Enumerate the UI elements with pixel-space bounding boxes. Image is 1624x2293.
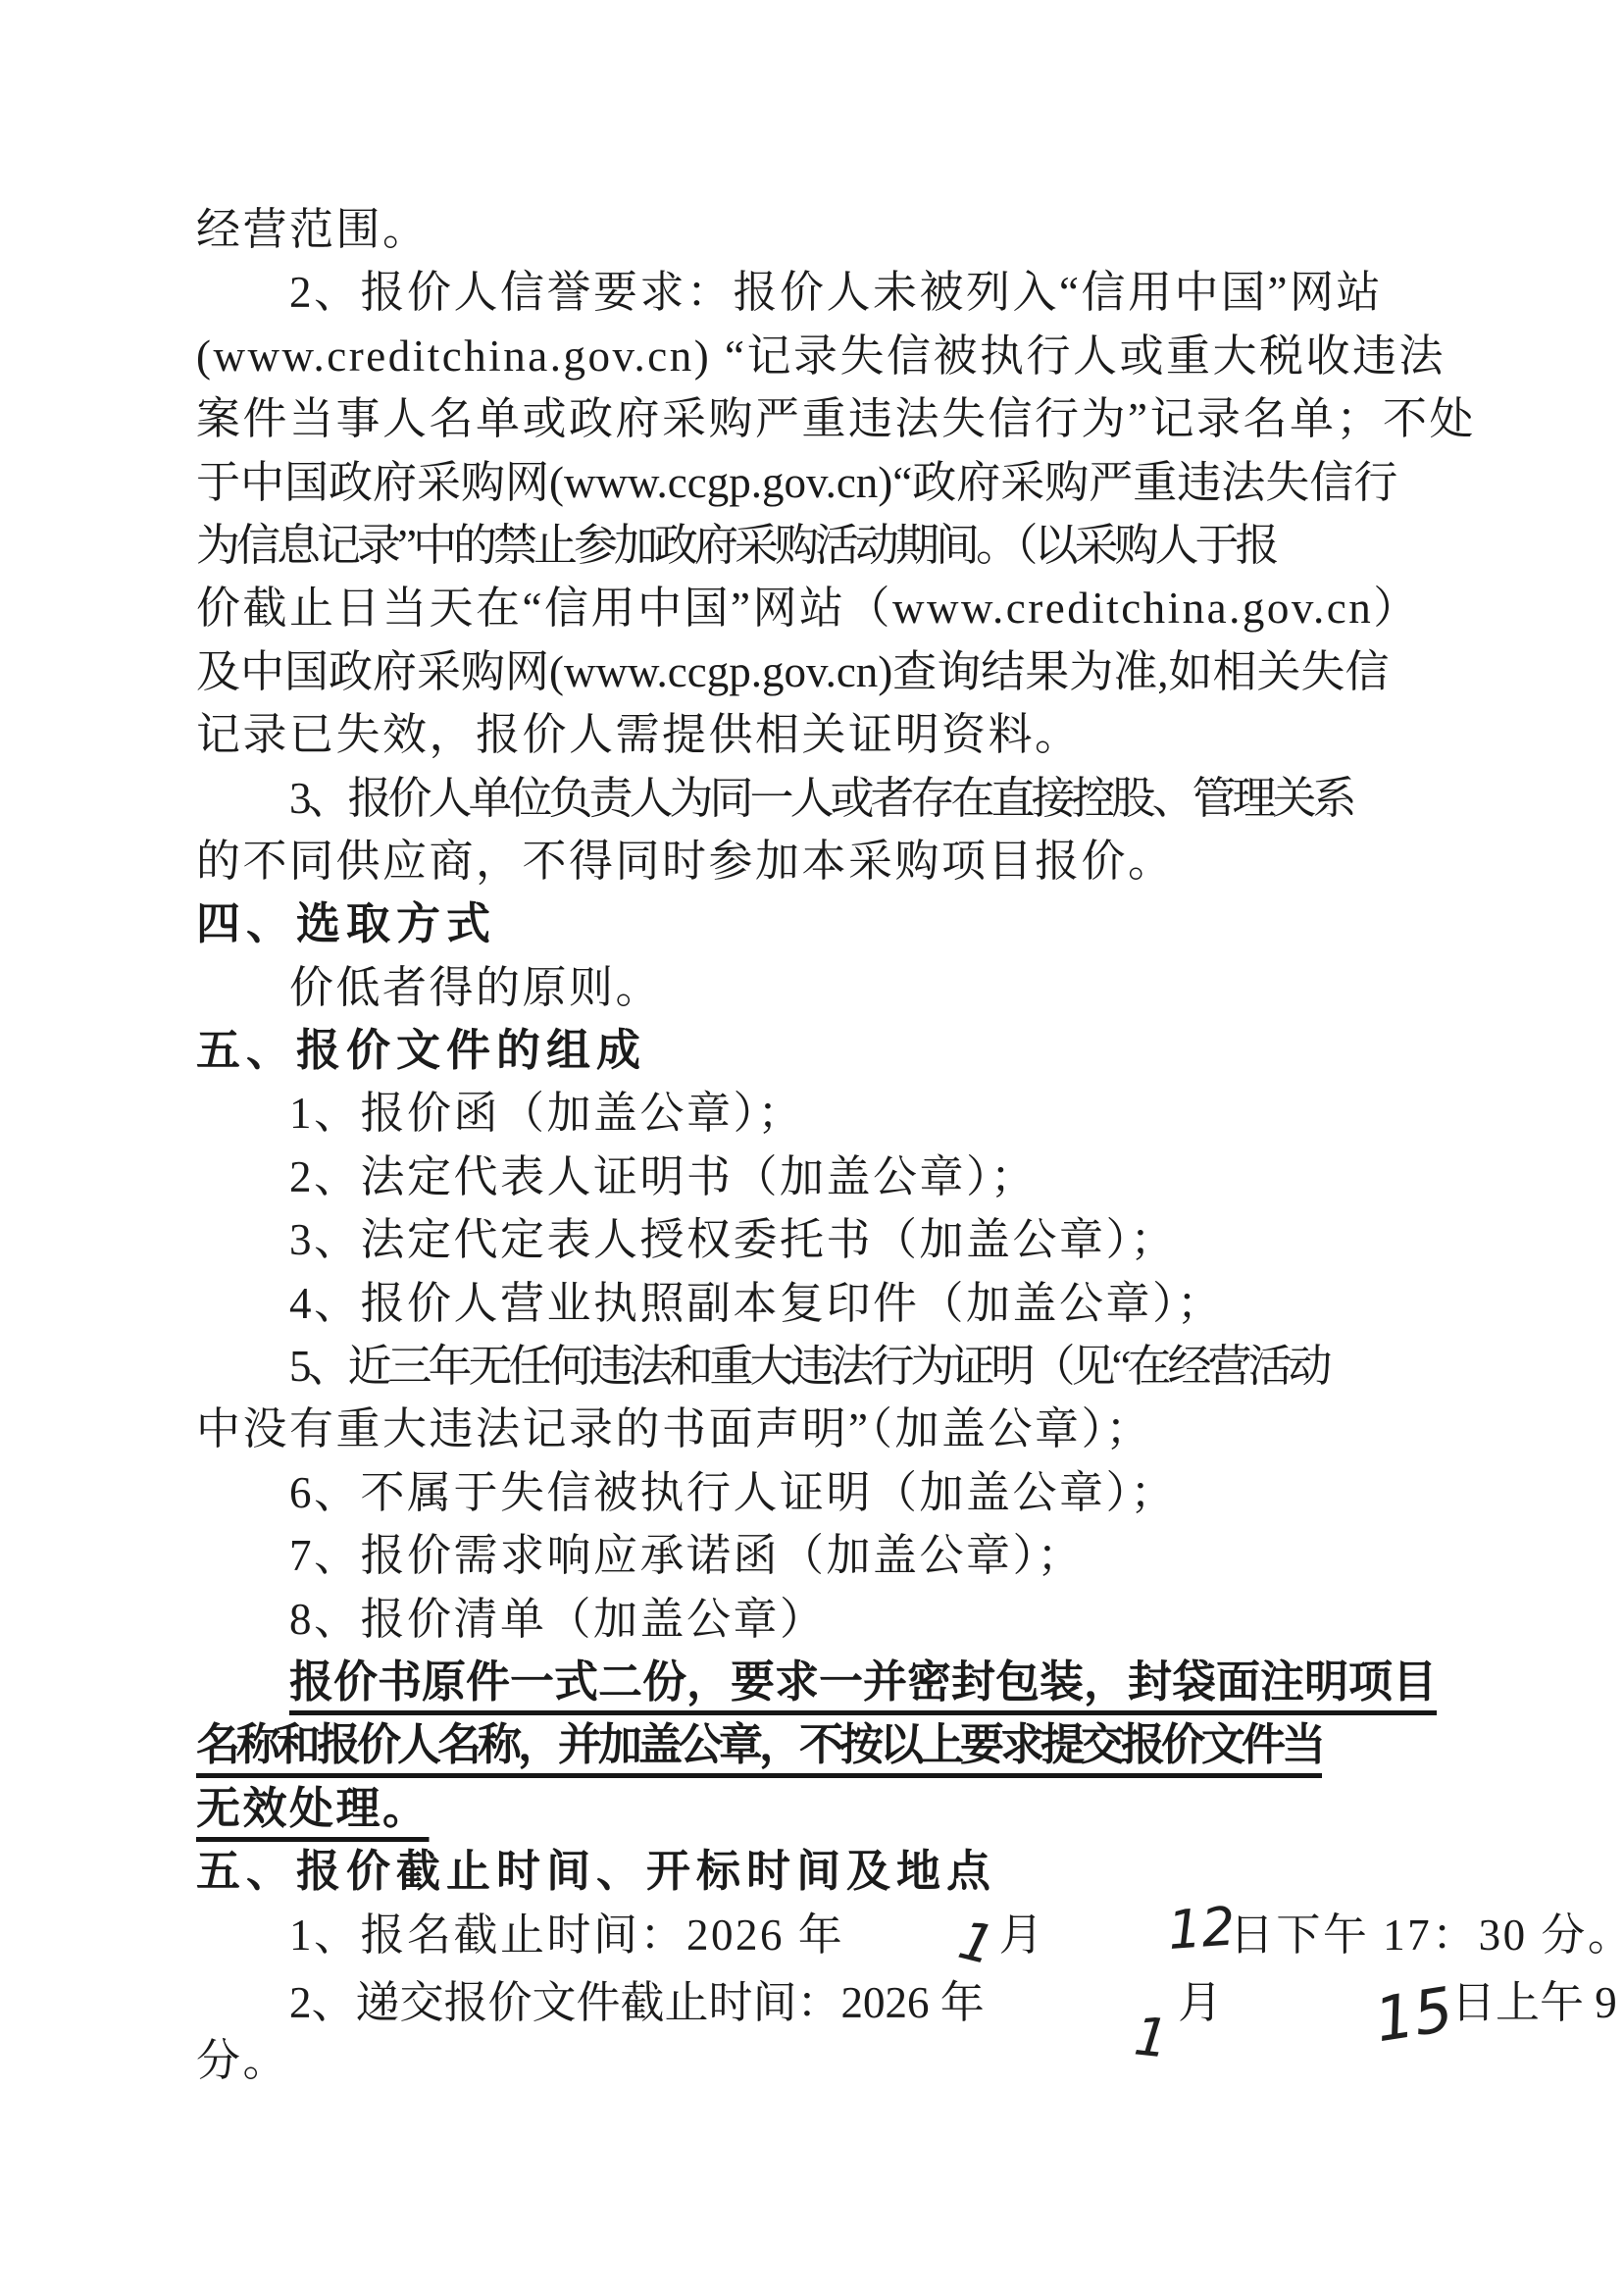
line-text: 名称和报价人名称，并加盖公章，不按以上要求提交报价文件当 xyxy=(196,1720,1322,1769)
line-text: 五、报价截止时间、开标时间及地点 xyxy=(196,1847,996,1896)
text-line: 的不同供应商，不得同时参加本采购项目报价。 xyxy=(196,830,1428,892)
text-line: 1、报价函（加盖公章）； xyxy=(196,1082,1428,1145)
text-line: 2、法定代表人证明书（加盖公章）； xyxy=(196,1146,1428,1208)
line-text: 记录已失效，报价人需提供相关证明资料。 xyxy=(196,710,1082,759)
text-line: 价截止日当天在“信用中国”网站（www.creditchina.gov.cn） xyxy=(196,577,1428,639)
line-text: 五、报价文件的组成 xyxy=(196,1026,646,1075)
printed-text: 日上午 9：30 xyxy=(1451,1978,1624,2027)
line-text: 3、法定代定表人授权委托书（加盖公章）； xyxy=(289,1215,1177,1264)
line-text: 8、报价清单（加盖公章） xyxy=(289,1595,827,1644)
printed-text: 2、递交报价文件截止时间：2026 年 xyxy=(289,1978,985,2027)
text-line: (www.creditchina.gov.cn) “记录失信被执行人或重大税收违… xyxy=(196,325,1428,387)
line-text: 的不同供应商，不得同时参加本采购项目报价。 xyxy=(196,837,1175,886)
line-text: 5、近三年无任何违法和重大违法行为证明（见“在经营活动 xyxy=(289,1342,1328,1391)
line-text: 四、选取方式 xyxy=(196,899,496,948)
line-text: 2、法定代表人证明书（加盖公章）； xyxy=(289,1152,1038,1201)
line-text: 分。 xyxy=(196,2036,289,2085)
line-text: 无效处理。 xyxy=(196,1784,430,1833)
printed-text: 1、报名截止时间：2026 年 xyxy=(289,1911,844,1960)
line-text: 1、报价函（加盖公章）； xyxy=(289,1089,804,1138)
line-text: (www.creditchina.gov.cn) “记录失信被执行人或重大税收违… xyxy=(196,331,1446,381)
line-text: 于中国政府采购网(www.ccgp.gov.cn)“政府采购严重违法失信行 xyxy=(196,458,1397,507)
line-text: 中没有重大违法记录的书面声明”（加盖公章）； xyxy=(196,1404,1152,1453)
text-line: 记录已失效，报价人需提供相关证明资料。 xyxy=(196,703,1428,766)
handwritten-number: 15 xyxy=(1279,1979,1456,2065)
text-line: 3、法定代定表人授权委托书（加盖公章）； xyxy=(196,1208,1428,1271)
line-text: 为信息记录”中的禁止参加政府采购活动期间。（以采购人于报 xyxy=(196,521,1275,570)
handwritten-number: 1 xyxy=(864,1891,1000,1973)
text-line: 价低者得的原则。 xyxy=(196,956,1428,1019)
text-line: 2、报价人信誉要求：报价人未被列入“信用中国”网站 xyxy=(196,261,1428,324)
text-line: 为信息记录”中的禁止参加政府采购活动期间。（以采购人于报 xyxy=(196,514,1428,577)
line-text: 3、报价人单位负责人为同一人或者存在直接控股、管理关系 xyxy=(289,774,1353,823)
handwritten-number: 12 xyxy=(1073,1900,1237,1963)
printed-text: 月 xyxy=(1178,1978,1222,2027)
line-text: 价低者得的原则。 xyxy=(289,963,662,1012)
text-line: 及中国政府采购网(www.ccgp.gov.cn)查询结果为准,如相关失信 xyxy=(196,640,1428,703)
section-heading: 五、报价截止时间、开标时间及地点 xyxy=(196,1840,1428,1903)
line-text: 案件当事人名单或政府采购严重违法失信行为”记录名单；不处 xyxy=(196,394,1476,443)
section-heading: 四、选取方式 xyxy=(196,892,1428,955)
text-line: 4、报价人营业执照副本复印件（加盖公章）； xyxy=(196,1272,1428,1335)
line-text: 2、报价人信誉要求：报价人未被列入“信用中国”网站 xyxy=(289,268,1383,317)
text-line: 3、报价人单位负责人为同一人或者存在直接控股、管理关系 xyxy=(196,767,1428,830)
line-text: 及中国政府采购网(www.ccgp.gov.cn)查询结果为准,如相关失信 xyxy=(196,647,1390,696)
text-line: 分。 xyxy=(196,2029,1428,2092)
text-line: 名称和报价人名称，并加盖公章，不按以上要求提交报价文件当 xyxy=(196,1713,1428,1776)
text-line: 8、报价清单（加盖公章） xyxy=(196,1588,1428,1651)
text-line: 5、近三年无任何违法和重大违法行为证明（见“在经营活动 xyxy=(196,1335,1428,1398)
line-text: 4、报价人营业执照副本复印件（加盖公章）； xyxy=(289,1279,1224,1328)
text-line: 经营范围。 xyxy=(196,198,1428,261)
printed-text: 月 xyxy=(999,1911,1046,1960)
scanned-document: 经营范围。2、报价人信誉要求：报价人未被列入“信用中国”网站(www.credi… xyxy=(196,198,1428,2093)
line-text: 6、不属于失信被执行人证明（加盖公章）； xyxy=(289,1468,1177,1517)
text-line: 6、不属于失信被执行人证明（加盖公章）； xyxy=(196,1461,1428,1524)
fill-in-date-line: 2、递交报价文件截止时间：2026 年1月15日上午 9：30 xyxy=(196,1966,1428,2029)
line-text: 经营范围。 xyxy=(196,205,430,254)
line-text: 价截止日当天在“信用中国”网站（www.creditchina.gov.cn） xyxy=(196,584,1420,633)
text-line: 7、报价需求响应承诺函（加盖公章）； xyxy=(196,1524,1428,1587)
printed-text: 日下午 17：30 分。 xyxy=(1230,1911,1624,1960)
text-line: 案件当事人名单或政府采购严重违法失信行为”记录名单；不处 xyxy=(196,387,1428,450)
line-text: 报价书原件一式二份，要求一并密封包装，封袋面注明项目 xyxy=(289,1657,1437,1707)
section-heading: 五、报价文件的组成 xyxy=(196,1019,1428,1082)
line-text: 7、报价需求响应承诺函（加盖公章）； xyxy=(289,1531,1084,1580)
text-line: 中没有重大违法记录的书面声明”（加盖公章）； xyxy=(196,1398,1428,1460)
text-line: 报价书原件一式二份，要求一并密封包装，封袋面注明项目 xyxy=(196,1651,1428,1713)
fill-in-date-line: 1、报名截止时间：2026 年1月12日下午 17：30 分。 xyxy=(196,1904,1428,1966)
text-line: 于中国政府采购网(www.ccgp.gov.cn)“政府采购严重违法失信行 xyxy=(196,451,1428,514)
text-line: 无效处理。 xyxy=(196,1777,1428,1840)
